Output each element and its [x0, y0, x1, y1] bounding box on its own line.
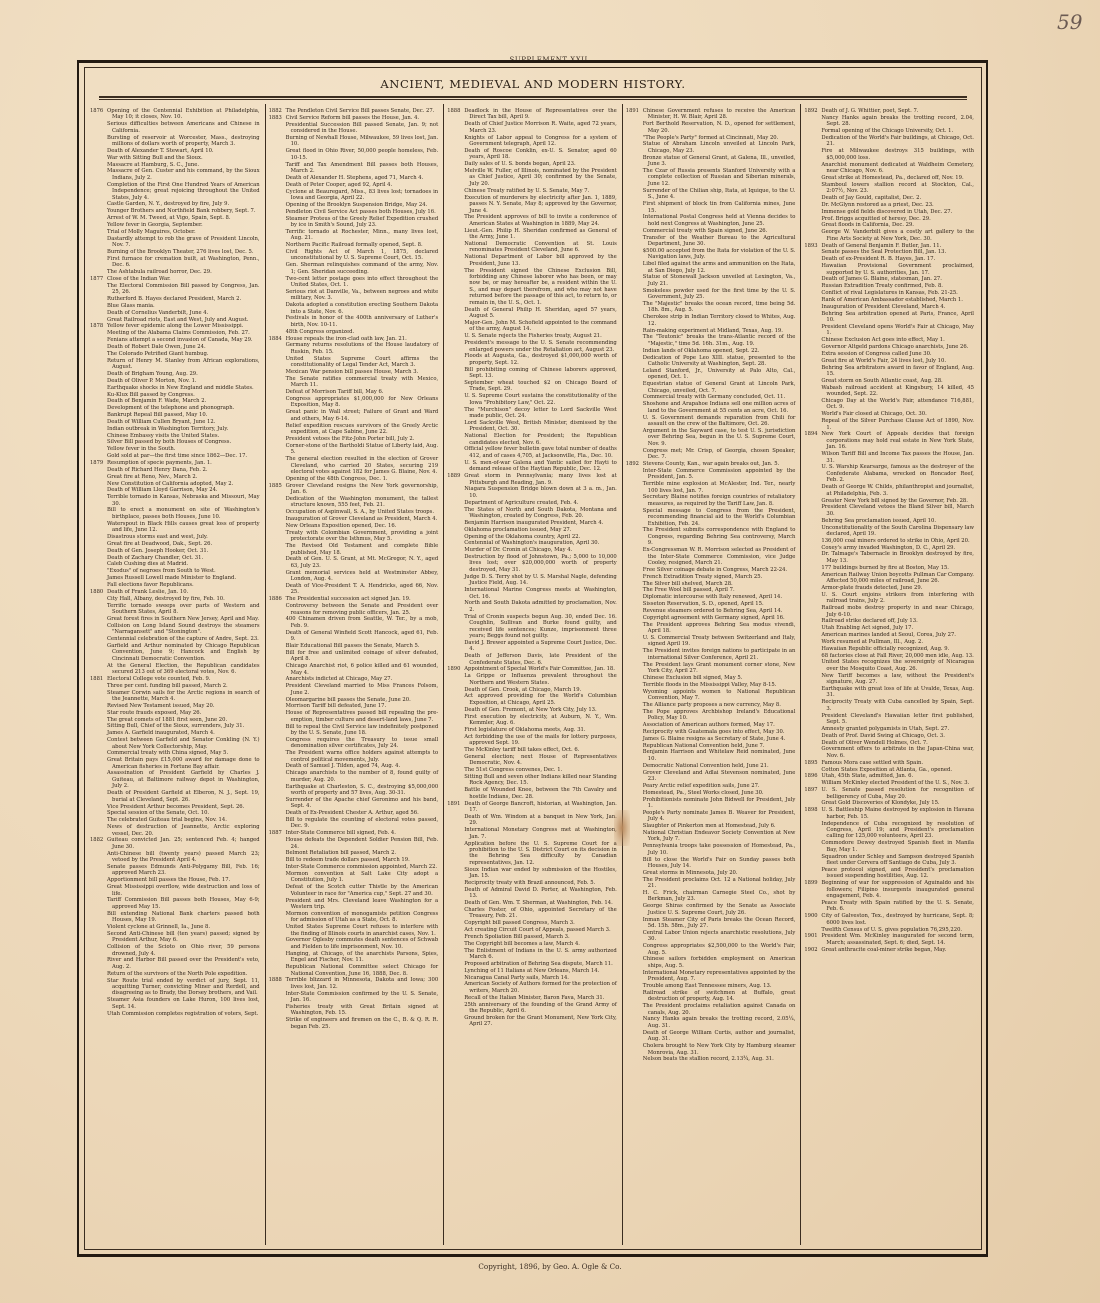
event-entry: Senate passes Edmunds Anti-Polygamy Bill…	[107, 864, 260, 877]
event-entry: Death of Vice-President T. A. Hendricks,…	[286, 583, 439, 596]
event-entry: War with Sitting Bull and the Sioux.	[107, 155, 260, 161]
event-entry: Death of George W. Childs, philanthropis…	[821, 484, 974, 497]
event-entry: Greater New York bill signed by the Gove…	[821, 498, 974, 504]
event-entry: Cherokee strip in Indian Territory close…	[643, 314, 796, 327]
event-entry: House repeals the iron-clad oath law, Ja…	[286, 336, 439, 342]
year-group: 1899Beginning of war for suppression of …	[804, 880, 974, 913]
event-entry: National Democratic Convention at St. Lo…	[464, 241, 617, 254]
event-entry: Anarchists indicted at Chicago, May 27.	[286, 676, 439, 682]
event-entry: Corner-stone of the Bartholdi Statue of …	[286, 443, 439, 456]
event-entry: U. S. Warship Kearsarge, famous as the d…	[821, 464, 974, 483]
year-group: 1884House repeals the iron-clad oath law…	[269, 336, 439, 483]
event-entry: Benjamin Harrison and Whitelaw Reid nomi…	[643, 749, 796, 762]
event-entry: The Copyright bill becomes a law, March …	[464, 941, 617, 947]
event-entry: Chicago anarchists to the number of 8, f…	[286, 770, 439, 783]
event-entry: Inter-State Commission confirmed by the …	[286, 991, 439, 1004]
event-entry: Rank of American Ambassador established,…	[821, 297, 974, 303]
year-label: 1892	[804, 108, 821, 243]
event-entry: Death of General Winfield Scott Hancock,…	[286, 630, 439, 643]
year-group: 1889Great storm in Pennsylvania; many li…	[447, 473, 617, 666]
event-entry: Return of the survivors of the North Pol…	[107, 971, 260, 977]
event-entry: Ground broken for the Grant Monument, Ne…	[464, 1015, 617, 1028]
event-entry: Battle of Wounded Knee, between the 7th …	[464, 787, 617, 800]
year-label: 1876	[90, 108, 107, 276]
year-group: 1902Great anthracite coal-miner strike b…	[804, 947, 974, 954]
event-entry: Commercial treaty with Spain signed, Jun…	[643, 228, 796, 234]
event-entry: Utah Enabling Act signed, July 17.	[821, 625, 974, 631]
event-entry: Inman Steamer City of Paris breaks the O…	[643, 917, 796, 930]
event-entry: Death of Chief Justice Morrison R. Waite…	[464, 121, 617, 134]
event-entry: Bill for free and unlimited coinage of s…	[286, 650, 439, 663]
event-entry: Statue of Stonewall Jackson unveiled at …	[643, 274, 796, 287]
year-group: 1882The Pendleton Civil Service Bill pas…	[269, 108, 439, 115]
event-entry: Opening of the 48th Congress, Dec. 1.	[286, 476, 439, 482]
event-entry: Arrest of W. M. Tweed, at Vigo, Spain, S…	[107, 215, 260, 221]
event-entry: Execution of murderers by electricity af…	[464, 195, 617, 214]
year-group: 1888Deadlock in the House of Representat…	[447, 108, 617, 473]
event-entry: George Shiras confirmed by the Senate as…	[643, 903, 796, 916]
event-entry: Pendleton Civil Service Act passes both …	[286, 209, 439, 215]
event-list: Famous Mora case settled with Spain.Cott…	[821, 760, 974, 774]
event-entry: Behring Sea arbitration opened at Paris,…	[821, 311, 974, 324]
event-list: U. S. Battleship Maine destroyed by expl…	[821, 807, 974, 880]
event-entry: Gen. Sherman relinquishes command of the…	[286, 262, 439, 275]
event-entry: Death of Wm. Windom at a banquet in New …	[464, 814, 617, 827]
event-entry: Libel filed against the arms and ammunit…	[643, 261, 796, 274]
event-entry: President's message to the U. S. Senate …	[464, 340, 617, 353]
event-entry: Department of Agriculture created, Feb. …	[464, 500, 617, 506]
event-entry: Defeat of the Scotch cutter Thistle by t…	[286, 884, 439, 897]
event-entry: 177 buildings burned by fire at Boston, …	[821, 565, 974, 571]
event-entry: National Election for President; the Rep…	[464, 433, 617, 446]
year-label: 1893	[804, 243, 821, 432]
event-entry: Inauguration of President Cleveland, Mar…	[821, 304, 974, 310]
event-entry: Surrender of the Chilian ship, Itata, at…	[643, 188, 796, 201]
event-entry: Blair Educational Bill passes the Senate…	[286, 643, 439, 649]
event-entry: Burning of the Brooklyn Theater, 276 liv…	[107, 249, 260, 255]
event-entry: 48th Congress organized.	[286, 329, 439, 335]
event-entry: Great strike at Homestead, Pa., declared…	[821, 175, 974, 181]
year-label: 1887	[269, 830, 286, 977]
event-entry: Death of Gen. Crook, at Chicago, March 1…	[464, 687, 617, 693]
event-entry: Death of Samuel J. Tilden, aged 74, Aug.…	[286, 763, 439, 769]
event-entry: Twelfth Census of U. S. gives population…	[821, 927, 974, 933]
event-entry: Chicago Day at the World's Fair, attenda…	[821, 398, 974, 411]
event-entry: Peace Treaty with Spain ratified by the …	[821, 900, 974, 913]
event-entry: Northern Pacific Railroad formally opene…	[286, 242, 439, 248]
event-entry: Germany returns resolutions of the House…	[286, 342, 439, 355]
event-entry: Sisseton Reservation, S. D., opened, Apr…	[643, 601, 796, 607]
year-label: 1880	[90, 589, 107, 676]
year-group: 1881Electoral College vote counted, Feb.…	[90, 676, 260, 838]
event-entry: Work resumed at Pullman, Ill., Aug. 2.	[821, 639, 974, 645]
event-entry: Terrible mine explosion at McAlester, In…	[643, 481, 796, 494]
event-list: Death of J. G. Whittier, poet, Sept. 7.N…	[821, 108, 974, 243]
event-entry: Dakota adopted a constitution erecting S…	[286, 302, 439, 315]
event-entry: New Constitution of California adopted, …	[107, 481, 260, 487]
year-group: 1901President Wm. McKinley inaugurated f…	[804, 933, 974, 946]
event-entry: The President invites foreign nations to…	[643, 648, 796, 661]
page-frame: ANCIENT, MEDIEVAL AND MODERN HISTORY. 18…	[77, 60, 988, 1257]
event-entry: The President warns office holders again…	[286, 750, 439, 763]
event-entry: Second Anti-Chinese bill (ten years) pas…	[107, 931, 260, 944]
year-label: 1884	[269, 336, 286, 483]
event-entry: International Monetary Congress met at W…	[464, 827, 617, 840]
event-entry: Garfield and Arthur nominated by Chicago…	[107, 643, 260, 662]
event-entry: Famous Mora case settled with Spain.	[821, 760, 974, 766]
event-entry: United States recognizes the sovereignty…	[821, 659, 974, 672]
event-entry: French Extradition Treaty signed, March …	[643, 574, 796, 580]
event-entry: Death of William Cullen Bryant, June 12.	[107, 419, 260, 425]
year-label: 1890	[447, 666, 464, 800]
event-entry: Two-cent letter postage goes into effect…	[286, 276, 439, 289]
event-entry: Inauguration of Grover Cleveland as Pres…	[286, 516, 439, 522]
event-entry: U. S. Government demands reparation from…	[643, 415, 796, 428]
event-entry: Yellow fever epidemic along the Lower Mi…	[107, 323, 260, 329]
event-entry: Congress appropriates $2,500,000 to the …	[643, 943, 796, 956]
event-entry: Republican National Committee select Chi…	[286, 964, 439, 977]
event-entry: The "Murchison" decoy letter to Lord Sac…	[464, 407, 617, 420]
year-group: 1896Utah, 45th State, admitted, Jan. 6.W…	[804, 773, 974, 787]
event-entry: Reciprocity treaty with Brazil announced…	[464, 880, 617, 886]
event-entry: Wilson Tariff Bill and Income Tax passes…	[821, 451, 974, 464]
event-entry: Bill extending National Bank charters pa…	[107, 911, 260, 924]
event-entry: Governor Altgeld pardons Chicago anarchi…	[821, 344, 974, 350]
event-entry: Unconstitutionality of the South Carolin…	[821, 525, 974, 538]
event-entry: Commercial treaty with Germany concluded…	[643, 394, 796, 400]
event-entry: The Senate ratifies commercial treaty wi…	[286, 376, 439, 389]
event-entry: The President approves of bill to invite…	[464, 214, 617, 227]
event-entry: Oleomargarine bill passes the Senate, Ju…	[286, 697, 439, 703]
event-entry: Trouble among East Tennessee miners, Aug…	[643, 983, 796, 989]
event-entry: U. S. Court enjoins strikers from interf…	[821, 592, 974, 605]
year-label: 1888	[447, 108, 464, 473]
event-entry: International Marine Congress meets at W…	[464, 587, 617, 600]
event-entry: President Cleveland vetoes the Bland Sil…	[821, 504, 974, 517]
event-entry: Lynching of 11 Italians at New Orleans, …	[464, 968, 617, 974]
event-entry: General election; next House of Represen…	[464, 754, 617, 767]
event-entry: American marines landed at Seoul, Corea,…	[821, 632, 974, 638]
event-entry: Democratic National Convention held, Jun…	[643, 763, 796, 769]
year-label: 1895	[804, 760, 821, 774]
event-entry: President Wm. McKinley inaugurated for s…	[821, 933, 974, 946]
event-entry: Death of William Lloyd Garrison, May 24.	[107, 487, 260, 493]
event-entry: Knights of Labor appeal to Congress for …	[464, 135, 617, 148]
event-entry: Reciprocity with Guatemala goes into eff…	[643, 729, 796, 735]
chronology-column-5: 1892Death of J. G. Whittier, poet, Sept.…	[801, 104, 979, 1245]
event-entry: Death of Richard Henry Dana, Feb. 2.	[107, 467, 260, 473]
event-entry: Association of American authors formed, …	[643, 722, 796, 728]
event-entry: Act forbidding the use of the mails for …	[464, 734, 617, 747]
event-entry: Pennsylvania troops take possession of H…	[643, 843, 796, 856]
event-entry: Burning of Newhall House, Milwaukee, 59 …	[286, 135, 439, 148]
event-entry: Recall of the Italian Minister, Baron Fa…	[464, 995, 617, 1001]
year-label: 1899	[804, 880, 821, 913]
event-entry: Great fire at Deadwood, Dak., Sept. 26.	[107, 541, 260, 547]
event-entry: House defeats the Dependent Soldier Pens…	[286, 837, 439, 850]
event-entry: Development of the telephone and phonogr…	[107, 405, 260, 411]
event-entry: Shoshone and Arapahoe Indians sell one m…	[643, 401, 796, 414]
event-entry: Death of George William Curtis, author a…	[643, 1030, 796, 1043]
year-group: 1892Death of J. G. Whittier, poet, Sept.…	[804, 108, 974, 243]
event-entry: Death of General Philip H. Sheridan, age…	[464, 307, 617, 320]
chronology-column-2: 1882The Pendleton Civil Service Bill pas…	[266, 104, 445, 1245]
event-entry: Tariff Commission Bill passes both House…	[107, 897, 260, 910]
event-entry: Defeat of Morrison Tariff bill, May 6.	[286, 389, 439, 395]
event-entry: Behring Sea arbitrators award in favor o…	[821, 365, 974, 378]
event-list: Death of George Bancroft, historian, at …	[464, 801, 617, 1029]
year-group: 1898U. S. Battleship Maine destroyed by …	[804, 807, 974, 880]
event-list: Appointment of Special World's Fair Comm…	[464, 666, 617, 800]
event-entry: Bill to erect a monument on site of Wash…	[107, 507, 260, 520]
chronology-column-3: 1888Deadlock in the House of Representat…	[444, 104, 623, 1245]
event-entry: Charles Foster, of Ohio, appointed Secre…	[464, 907, 617, 920]
event-entry: The President proclaims Oct. 12 a Nation…	[643, 877, 796, 890]
year-group: 1888Terrible blizzard in Minnesota, Dako…	[269, 977, 439, 1030]
inner-border: ANCIENT, MEDIEVAL AND MODERN HISTORY. 18…	[84, 67, 982, 1250]
event-entry: City of Galveston, Tex., destroyed by hu…	[821, 913, 974, 926]
event-entry: Death of J. G. Whittier, poet, Sept. 7.	[821, 108, 974, 114]
event-entry: William McKinley elected President of th…	[821, 780, 974, 786]
event-entry: The Pope approves Archbishop Ireland's E…	[643, 709, 796, 722]
event-entry: Death of Peter Cooper, aged 92, April 4.	[286, 182, 439, 188]
event-entry: Chicago Anarchist riot, 6 police killed …	[286, 663, 439, 676]
year-label: 1902	[804, 947, 821, 954]
event-list: Close of the Indian War.The Electoral Co…	[107, 276, 260, 324]
event-entry: Great forest fires in Southern New Jerse…	[107, 616, 260, 622]
event-entry: Chinese Treaty ratified by U. S. Senate,…	[464, 188, 617, 194]
event-list: U. S. Senate passed resolution for recog…	[821, 787, 974, 807]
event-entry: Smokeless powder used for the first time…	[643, 288, 796, 301]
event-entry: Sitting Bull, Chief of the Sioux, surren…	[107, 723, 260, 729]
event-entry: Great anthracite coal-miner strike began…	[821, 947, 974, 953]
year-group: 1893Death of General Benjamin F. Butler,…	[804, 243, 974, 432]
event-entry: Return of Henry M. Stanley from African …	[107, 358, 260, 371]
event-list: Electoral College vote counted, Feb. 9.T…	[107, 676, 260, 838]
event-entry: Dedication of Pope Leo XIII. statue, pre…	[643, 355, 796, 368]
event-entry: The "Teutonic" breaks the trans-Atlantic…	[643, 334, 796, 347]
event-entry: First execution by electricity, at Aubur…	[464, 714, 617, 727]
event-entry: Murder of Dr. Cronin at Chicago, May 4.	[464, 547, 617, 553]
event-entry: First furnace for cremation built, at Wa…	[107, 256, 260, 269]
event-entry: U. S. Supreme Court sustains the constit…	[464, 393, 617, 406]
event-entry: Opening of the Centennial Exhibition at …	[107, 108, 260, 121]
event-entry: Yellow fever in Georgia, September.	[107, 222, 260, 228]
event-entry: International Monetary representatives a…	[643, 970, 796, 983]
event-entry: Centennial of Washington's inauguration,…	[464, 540, 617, 546]
event-list: The Presidential succession act signed J…	[286, 596, 439, 830]
year-label: 1886	[269, 596, 286, 830]
event-entry: Trial of Molly Maguires, October.	[107, 229, 260, 235]
year-group: 1894New York Court of Appeals decides th…	[804, 431, 974, 759]
year-group: 1878Yellow fever epidemic along the Lowe…	[90, 323, 260, 459]
event-entry: Contest between Garfield and Senator Con…	[107, 737, 260, 750]
event-entry: President Cleveland opens World's Fair a…	[821, 324, 974, 337]
event-entry: Equestrian statue of General Grant at Li…	[643, 381, 796, 394]
event-entry: U. S. Battleship Maine destroyed by expl…	[821, 807, 974, 820]
event-entry: Grover Cleveland and Adlai Stevenson nom…	[643, 770, 796, 783]
event-entry: Sioux Indian war ended by submission of …	[464, 867, 617, 880]
event-entry: Act creating Circuit Court of Appeals, p…	[464, 927, 617, 933]
event-entry: The Alliance party proposes a new curren…	[643, 702, 796, 708]
event-entry: Death of Jay Gould, capitalist, Dec. 2.	[821, 195, 974, 201]
event-entry: Mormon convention of monogamists petitio…	[286, 911, 439, 924]
event-entry: Great flood in Ohio River, 50,000 people…	[286, 148, 439, 161]
event-entry: Rutherford B. Hayes declared President, …	[107, 296, 260, 302]
event-entry: Death of Ex-President Chester A. Arthur,…	[286, 810, 439, 816]
year-label: 1877	[90, 276, 107, 324]
event-entry: Treaty with Colombian Government, provid…	[286, 530, 439, 543]
event-entry: First shipment of block tin from Califor…	[643, 201, 796, 214]
event-entry: At the General Election, the Republican …	[107, 663, 260, 676]
event-list: Stevens County, Kan., war again breaks o…	[643, 461, 796, 1063]
event-entry: Utah, 45th State, admitted, Jan. 6.	[821, 773, 974, 779]
event-entry: Wabash railroad accident at Kingsbury, 1…	[821, 385, 974, 398]
event-entry: French Spoliation Bill passed, March 3.	[464, 934, 617, 940]
event-entry: Niagara Suspension Bridge blown down at …	[464, 486, 617, 499]
event-entry: Death of Frank Leslie, Jan. 10.	[107, 589, 260, 595]
event-entry: Resumption of specie payments, Jan. 1.	[107, 460, 260, 466]
event-entry: Copyright agreement with Germany signed,…	[643, 615, 796, 621]
event-entry: Death of Gen. Fremont, at New York City,…	[464, 707, 617, 713]
year-label: 1881	[90, 676, 107, 838]
event-entry: Governor Oglesby commutes death sentence…	[286, 937, 439, 950]
event-entry: Great storm on South Atlantic coast, Aug…	[821, 378, 974, 384]
event-entry: Daily sales of U. S. bonds began, April …	[464, 161, 617, 167]
event-entry: Stamboul lowers stallion record at Stock…	[821, 182, 974, 195]
event-entry: James Russell Lowell made Minister to En…	[107, 575, 260, 581]
event-entry: Fenians attempt a second invasion of Can…	[107, 337, 260, 343]
event-entry: Assassination of President Garfield by C…	[107, 770, 260, 789]
event-entry: Chinese Embassy visits the United States…	[107, 433, 260, 439]
event-entry: Death of James G. Blaine, statesman, Jan…	[821, 276, 974, 282]
event-entry: Commodore Dewey destroyed Spanish fleet …	[821, 840, 974, 853]
event-entry: Proposed arbitration of Behring Sea disp…	[464, 961, 617, 967]
event-entry: Great storms in Minnesota, July 20.	[643, 870, 796, 876]
event-entry: U. S. men-of-war Galena and Yantic saile…	[464, 460, 617, 473]
event-entry: Leland Stanford, Jr., University at Palo…	[643, 368, 796, 381]
event-entry: Slaughter of Pinkerton men at Homestead,…	[643, 823, 796, 829]
event-entry: Yellow fever in the South.	[107, 446, 260, 452]
event-entry: Melville W. Fuller, of Illinois, nominat…	[464, 168, 617, 187]
event-entry: Mexican War pension bill passes House, M…	[286, 369, 439, 375]
event-entry: Chinese Exclusion bill signed, May 5.	[643, 675, 796, 681]
event-entry: Anti-Chinese bill (twenty years) passed …	[107, 851, 260, 864]
year-group: 1885Grover Cleveland resigns the New Yor…	[269, 483, 439, 597]
event-entry: 136,000 coal miners ordered to strike in…	[821, 538, 974, 544]
event-entry: New Orleans Exposition opened, Dec. 16.	[286, 523, 439, 529]
event-list: Grover Cleveland resigns the New York go…	[286, 483, 439, 597]
year-label: 1888	[269, 977, 286, 1030]
year-label: 1894	[804, 431, 821, 759]
event-list: Death of Frank Leslie, Jan. 10.City Hall…	[107, 589, 260, 676]
event-entry: Destruction by flood of Johnstown, Pa.; …	[464, 554, 617, 573]
year-label: 1882	[90, 837, 107, 1017]
event-entry: Guiteau convicted Jan. 25; sentenced Feb…	[107, 837, 260, 850]
event-entry: The Silver bill shelved, March 28.	[643, 581, 796, 587]
event-entry: Railroad mobs destroy property in and ne…	[821, 605, 974, 618]
event-list: Yellow fever epidemic along the Lower Mi…	[107, 323, 260, 459]
event-entry: Three per cent. funding bill passed, Mar…	[107, 683, 260, 689]
event-list: Chinese Government refuses to receive th…	[643, 108, 796, 461]
event-entry: Nancy Hanks again breaks the trotting re…	[643, 1016, 796, 1029]
event-entry: Fort Berthold Reservation, N. D., opened…	[643, 121, 796, 134]
event-entry: National Department of Labor bill approv…	[464, 254, 617, 267]
event-entry: The Colorado Petrified Giant humbug.	[107, 351, 260, 357]
event-entry: Senate passes the Seal Protection Bill, …	[821, 249, 974, 255]
event-entry: Great fire at World's Fair, 24 lives los…	[821, 358, 974, 364]
event-entry: Bill to close the World's Fair on Sunday…	[643, 857, 796, 870]
event-entry: Sitting Bull and seven other Indians kil…	[464, 774, 617, 787]
year-group: 1877Close of the Indian War.The Electora…	[90, 276, 260, 324]
event-entry: Death of Benjamin F. Wade, March 2.	[107, 398, 260, 404]
event-entry: Homestead, Pa., Steel Works closed, June…	[643, 790, 796, 796]
year-group: 1897U. S. Senate passed resolution for r…	[804, 787, 974, 807]
event-entry: International Postal Congress held at Vi…	[643, 214, 796, 227]
event-entry: People's Party nominate James B. Weaver …	[643, 810, 796, 823]
event-entry: Formal opening of the Chicago University…	[821, 128, 974, 134]
event-entry: Apportionment bill passes the House, Feb…	[107, 877, 260, 883]
event-entry: Belmont Retaliation bill passed, March 2…	[286, 850, 439, 856]
event-entry: Coxey's army invaded Washington, D. C., …	[821, 545, 974, 551]
event-entry: Death of Gen. U. S. Grant, at Mt. McGreg…	[286, 556, 439, 569]
event-entry: Grover Cleveland resigns the New York go…	[286, 483, 439, 496]
event-entry: Railroad strike declared off, July 13.	[821, 618, 974, 624]
event-entry: World's Fair closed at Chicago, Oct. 30.	[821, 411, 974, 417]
event-entry: Death of Brigham Young, Aug. 29.	[107, 371, 260, 377]
event-entry: Hawaiian Republic officially recognized,…	[821, 646, 974, 652]
event-entry: Conflict of rival Legislatures in Kansas…	[821, 290, 974, 296]
event-entry: U. S. Senate rejects the Fisheries treat…	[464, 333, 617, 339]
event-entry: Gold sold at par—the first time since 18…	[107, 453, 260, 459]
event-entry: Special session of the Senate, Oct. 10.	[107, 810, 260, 816]
event-entry: Floods at Augusta, Ga., destroyed $1,000…	[464, 353, 617, 366]
event-entry: James A. Garfield inaugurated, March 4.	[107, 730, 260, 736]
year-group: 1887Inter-State Commerce bill signed, Fe…	[269, 830, 439, 977]
event-entry: Waterspout in Black Hills causes great l…	[107, 521, 260, 534]
event-entry: Transfer of the Weather Bureau to the Ag…	[643, 235, 796, 248]
event-entry: The Electoral Commission Bill passed by …	[107, 283, 260, 296]
year-label: 1885	[269, 483, 286, 597]
event-entry: Free Silver coinage debate in Congress, …	[643, 567, 796, 573]
year-group: 1892Stevens County, Kan., war again brea…	[626, 461, 796, 1063]
event-entry: Utah Commission completes registration o…	[107, 1011, 260, 1017]
event-entry: Wyoming appoints women to National Repub…	[643, 689, 796, 702]
event-entry: Statue of Abraham Lincoln unveiled at Li…	[643, 141, 796, 154]
event-entry: Presidential Succession Bill passed Sena…	[286, 122, 439, 135]
event-entry: Serious difficulties between Americans a…	[107, 121, 260, 134]
event-entry: Indian outbreak in Washington Territory,…	[107, 426, 260, 432]
event-entry: Dedication of the Washington monument, t…	[286, 496, 439, 509]
year-label: 1896	[804, 773, 821, 787]
event-entry: Great panic in Wall street; Failure of G…	[286, 409, 439, 422]
event-entry: Death of Prof. David Swing at Chicago, O…	[821, 733, 974, 739]
year-label: 1892	[626, 461, 643, 1063]
event-entry: Prof. Briggs acquitted of heresy, Dec. 2…	[821, 216, 974, 222]
event-entry: David J. Brewer appointed a Supreme Cour…	[464, 640, 617, 653]
event-entry: Russian Extradition Treaty confirmed, Fe…	[821, 283, 974, 289]
event-entry: Lord Sackville West, British Minister, d…	[464, 420, 617, 433]
event-entry: "The People's Party" formed at Cincinnat…	[643, 135, 796, 141]
event-list: Resumption of specie payments, Jan. 1.De…	[107, 460, 260, 589]
event-entry: U. S. Commercial Treaty between Switzerl…	[643, 635, 796, 648]
year-label: 1879	[90, 460, 107, 589]
event-entry: American Railway Union boycotts Pullman …	[821, 572, 974, 585]
event-entry: Opening of the Brooklyn Suspension Bridg…	[286, 202, 439, 208]
event-list: Opening of the Centennial Exhibition at …	[107, 108, 260, 276]
event-entry: Inter-State Commerce commission appointe…	[286, 864, 439, 870]
event-entry: Death of George Bancroft, historian, at …	[464, 801, 617, 814]
